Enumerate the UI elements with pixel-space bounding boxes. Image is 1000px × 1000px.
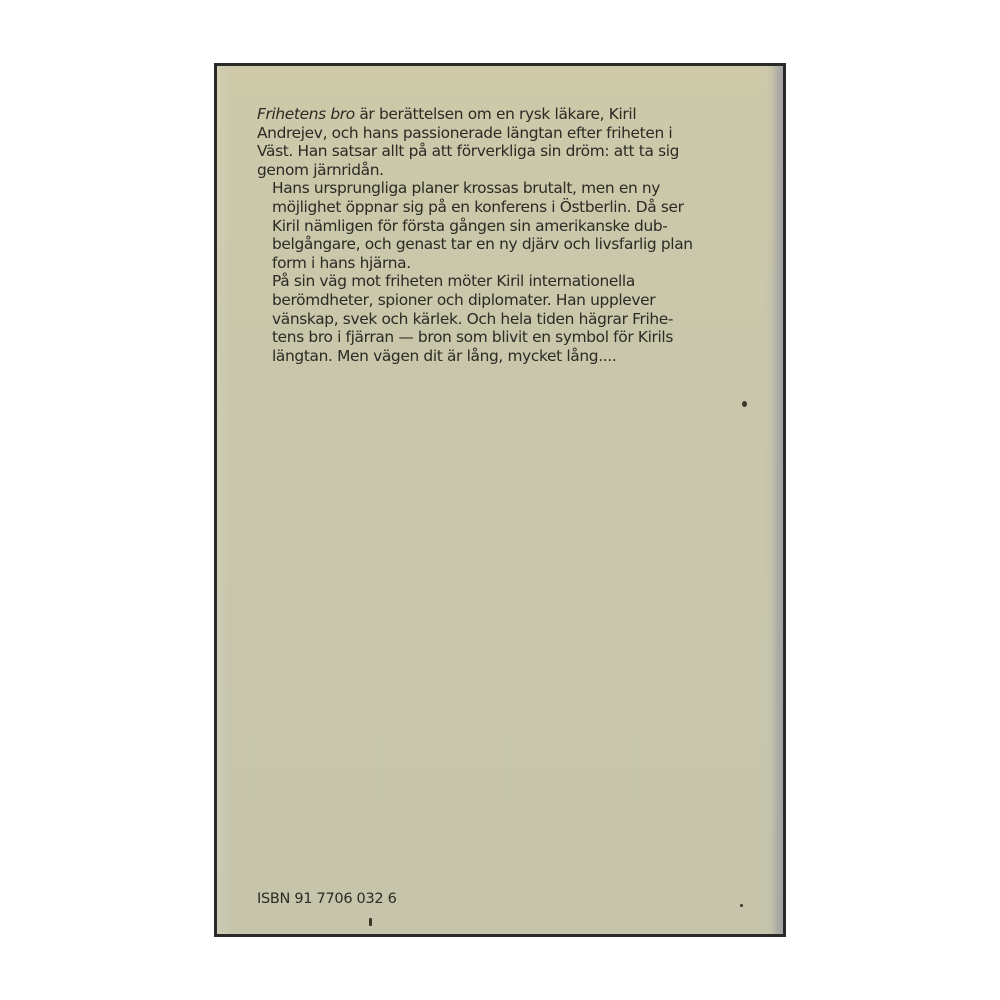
blurb-line: tens bro i fjärran — bron som blivit en … <box>257 328 757 347</box>
blurb-paragraph-1: Frihetens bro är berättelsen om en rysk … <box>257 105 757 179</box>
isbn-number: ISBN 91 7706 032 6 <box>257 891 397 907</box>
blurb-line: vänskap, svek och kärlek. Och hela tiden… <box>257 310 757 329</box>
blurb-line: belgångare, och genast tar en ny djärv o… <box>257 235 757 254</box>
stain-mark <box>740 904 743 907</box>
blurb-line: genom järnridån. <box>257 161 757 180</box>
blurb-line: Hans ursprungliga planer krossas brutalt… <box>257 179 757 198</box>
blurb-line: Väst. Han satsar allt på att förverkliga… <box>257 142 757 161</box>
book-back-cover: Frihetens bro är berättelsen om en rysk … <box>214 63 786 937</box>
book-title: Frihetens bro <box>257 105 355 123</box>
blurb-line: Frihetens bro är berättelsen om en rysk … <box>257 105 757 124</box>
blurb-line: På sin väg mot friheten möter Kiril inte… <box>257 272 757 291</box>
blurb-paragraph-3: På sin väg mot friheten möter Kiril inte… <box>257 272 757 365</box>
stain-mark <box>369 918 372 926</box>
blurb-line: berömdheter, spioner och diplomater. Han… <box>257 291 757 310</box>
stain-mark <box>742 401 747 407</box>
blurb-line: Kiril nämligen för första gången sin ame… <box>257 217 757 236</box>
blurb-text: Frihetens bro är berättelsen om en rysk … <box>257 105 757 365</box>
blurb-line: Andrejev, och hans passionerade längtan … <box>257 124 757 143</box>
blurb-paragraph-2: Hans ursprungliga planer krossas brutalt… <box>257 179 757 272</box>
blurb-line: möjlighet öppnar sig på en konferens i Ö… <box>257 198 757 217</box>
blurb-line: längtan. Men vägen dit är lång, mycket l… <box>257 347 757 366</box>
blurb-line: form i hans hjärna. <box>257 254 757 273</box>
